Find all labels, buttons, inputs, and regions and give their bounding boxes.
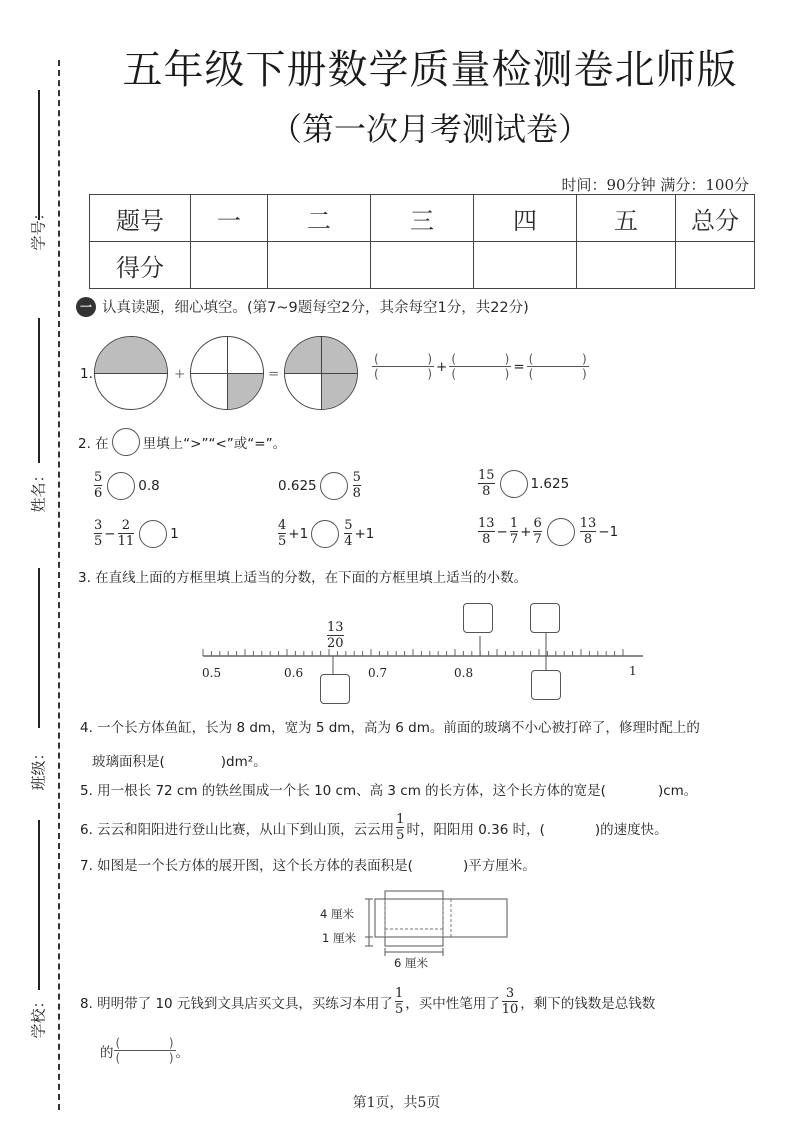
compare-circle-3[interactable] (500, 470, 528, 498)
answer-box-upper-2[interactable] (530, 603, 560, 633)
answer-box-lower-2[interactable] (531, 670, 561, 700)
circle-half-shaded (94, 336, 168, 410)
number-line (195, 598, 655, 708)
score-input-total[interactable] (676, 242, 755, 289)
circle-three-quarters-shaded (284, 336, 358, 410)
q2-item-5: 45+1 54+1 (276, 518, 374, 549)
student-id-line (38, 90, 40, 220)
q3-prompt: 3. 在直线上面的方框里填上适当的分数，在下面的方框里填上适当的小数。 (78, 566, 527, 586)
score-table-score-row: 得分 (90, 242, 755, 289)
time-info: 时间：90分钟 满分：100分 (562, 174, 750, 195)
student-id-label: 学号： (28, 211, 49, 251)
q8-answer-fraction[interactable]: ()() (114, 1036, 176, 1065)
tick-label-0.8: 0.8 (454, 666, 473, 680)
score-table-header-row: 题号 一 二 三 四 五 总分 (90, 195, 755, 242)
cell-score-label: 得分 (90, 242, 191, 289)
q4-line1: 4. 一个长方体鱼缸，长为 8 dm，宽为 5 dm，高为 6 dm。前面的玻璃… (80, 716, 700, 736)
section-1-instructions: 认真读题，细心填空。(第7~9题每空2分，其余每空1分，共22分) (102, 296, 529, 317)
q4-line2: 玻璃面积是()dm²。 (92, 750, 267, 770)
page-number: 第1页，共5页 (0, 1092, 793, 1112)
compare-circle-6[interactable] (547, 518, 575, 546)
class-line (38, 568, 40, 728)
q5-text: 5. 用一根长 72 cm 的铁丝围成一个长 10 cm、高 3 cm 的长方体… (80, 779, 697, 799)
cell-total: 总分 (676, 195, 755, 242)
cell-section-5: 五 (577, 195, 676, 242)
q2-item-3: 158 1.625 (476, 468, 569, 499)
cell-section-4: 四 (474, 195, 577, 242)
q2-item-2: 0.625 58 (278, 470, 363, 501)
answer-fraction-2[interactable]: ()() (449, 352, 511, 381)
name-label: 姓名： (28, 473, 49, 513)
q6-text: 6. 云云和阳阳进行登山比赛，从山下到山顶，云云用 15 时，阳阳用 0.36 … (80, 812, 668, 843)
compare-circle-4[interactable] (139, 520, 167, 548)
tick-label-0.6: 0.6 (284, 666, 303, 680)
score-input-2[interactable] (268, 242, 371, 289)
compare-circle-1[interactable] (107, 472, 135, 500)
compare-circle-2[interactable] (320, 472, 348, 500)
q2-prompt: 2. 在里填上“>”“<”或“=”。 (78, 428, 286, 456)
label-1cm: 1 厘米 (322, 930, 356, 946)
page-title: 五年级下册数学质量检测卷北师版 (90, 38, 770, 95)
name-line (38, 318, 40, 463)
page-subtitle: （第一次月考测试卷） (90, 104, 770, 150)
sample-circle (112, 428, 140, 456)
answer-fraction-3[interactable]: ()() (527, 352, 589, 381)
q2-item-1: 56 0.8 (92, 470, 160, 501)
q8-line2: 的 ()() 。 (100, 1036, 189, 1065)
op-plus: + (436, 359, 447, 375)
school-label: 学校： (28, 999, 49, 1039)
section-badge: 一 (76, 297, 96, 317)
q3-marked-fraction: 1320 (325, 620, 346, 651)
binding-dashed-line (58, 60, 60, 1110)
score-table: 题号 一 二 三 四 五 总分 得分 (89, 194, 755, 289)
op-equals: = (513, 359, 524, 375)
q1-number: 1. (80, 366, 93, 382)
answer-box-upper-1[interactable] (463, 603, 493, 633)
answer-fraction-1[interactable]: ()() (372, 352, 434, 381)
class-label: 班级： (28, 751, 49, 791)
score-input-5[interactable] (577, 242, 676, 289)
section-1-heading: 一 认真读题，细心填空。(第7~9题每空2分，其余每空1分，共22分) (76, 296, 529, 317)
q1-equals: = (268, 366, 279, 382)
label-4cm: 4 厘米 (320, 906, 354, 922)
tick-label-1: 1 (629, 664, 637, 678)
q1-answer-fractions: ()() + ()() = ()() (372, 352, 589, 381)
score-input-4[interactable] (474, 242, 577, 289)
q8-text: 8. 明明带了 10 元钱到文具店买文具，买练习本用了 15 ，买中性笔用了 3… (80, 986, 655, 1017)
cell-section-1: 一 (191, 195, 268, 242)
label-6cm: 6 厘米 (394, 955, 428, 971)
cell-label: 题号 (90, 195, 191, 242)
q7-text: 7. 如图是一个长方体的展开图，这个长方体的表面积是()平方厘米。 (80, 854, 536, 874)
compare-circle-5[interactable] (311, 520, 339, 548)
circle-quarter-shaded (190, 336, 264, 410)
cell-section-2: 二 (268, 195, 371, 242)
tick-label-0.5: 0.5 (202, 666, 221, 680)
q2-item-6: 138− 17+ 67 138−1 (476, 516, 618, 547)
score-input-3[interactable] (371, 242, 474, 289)
q1-plus: + (174, 366, 185, 382)
score-input-1[interactable] (191, 242, 268, 289)
answer-box-lower-1[interactable] (320, 674, 350, 704)
cell-section-3: 三 (371, 195, 474, 242)
q2-item-4: 35 − 211 1 (92, 518, 179, 549)
tick-label-0.7: 0.7 (368, 666, 387, 680)
school-line (38, 820, 40, 990)
